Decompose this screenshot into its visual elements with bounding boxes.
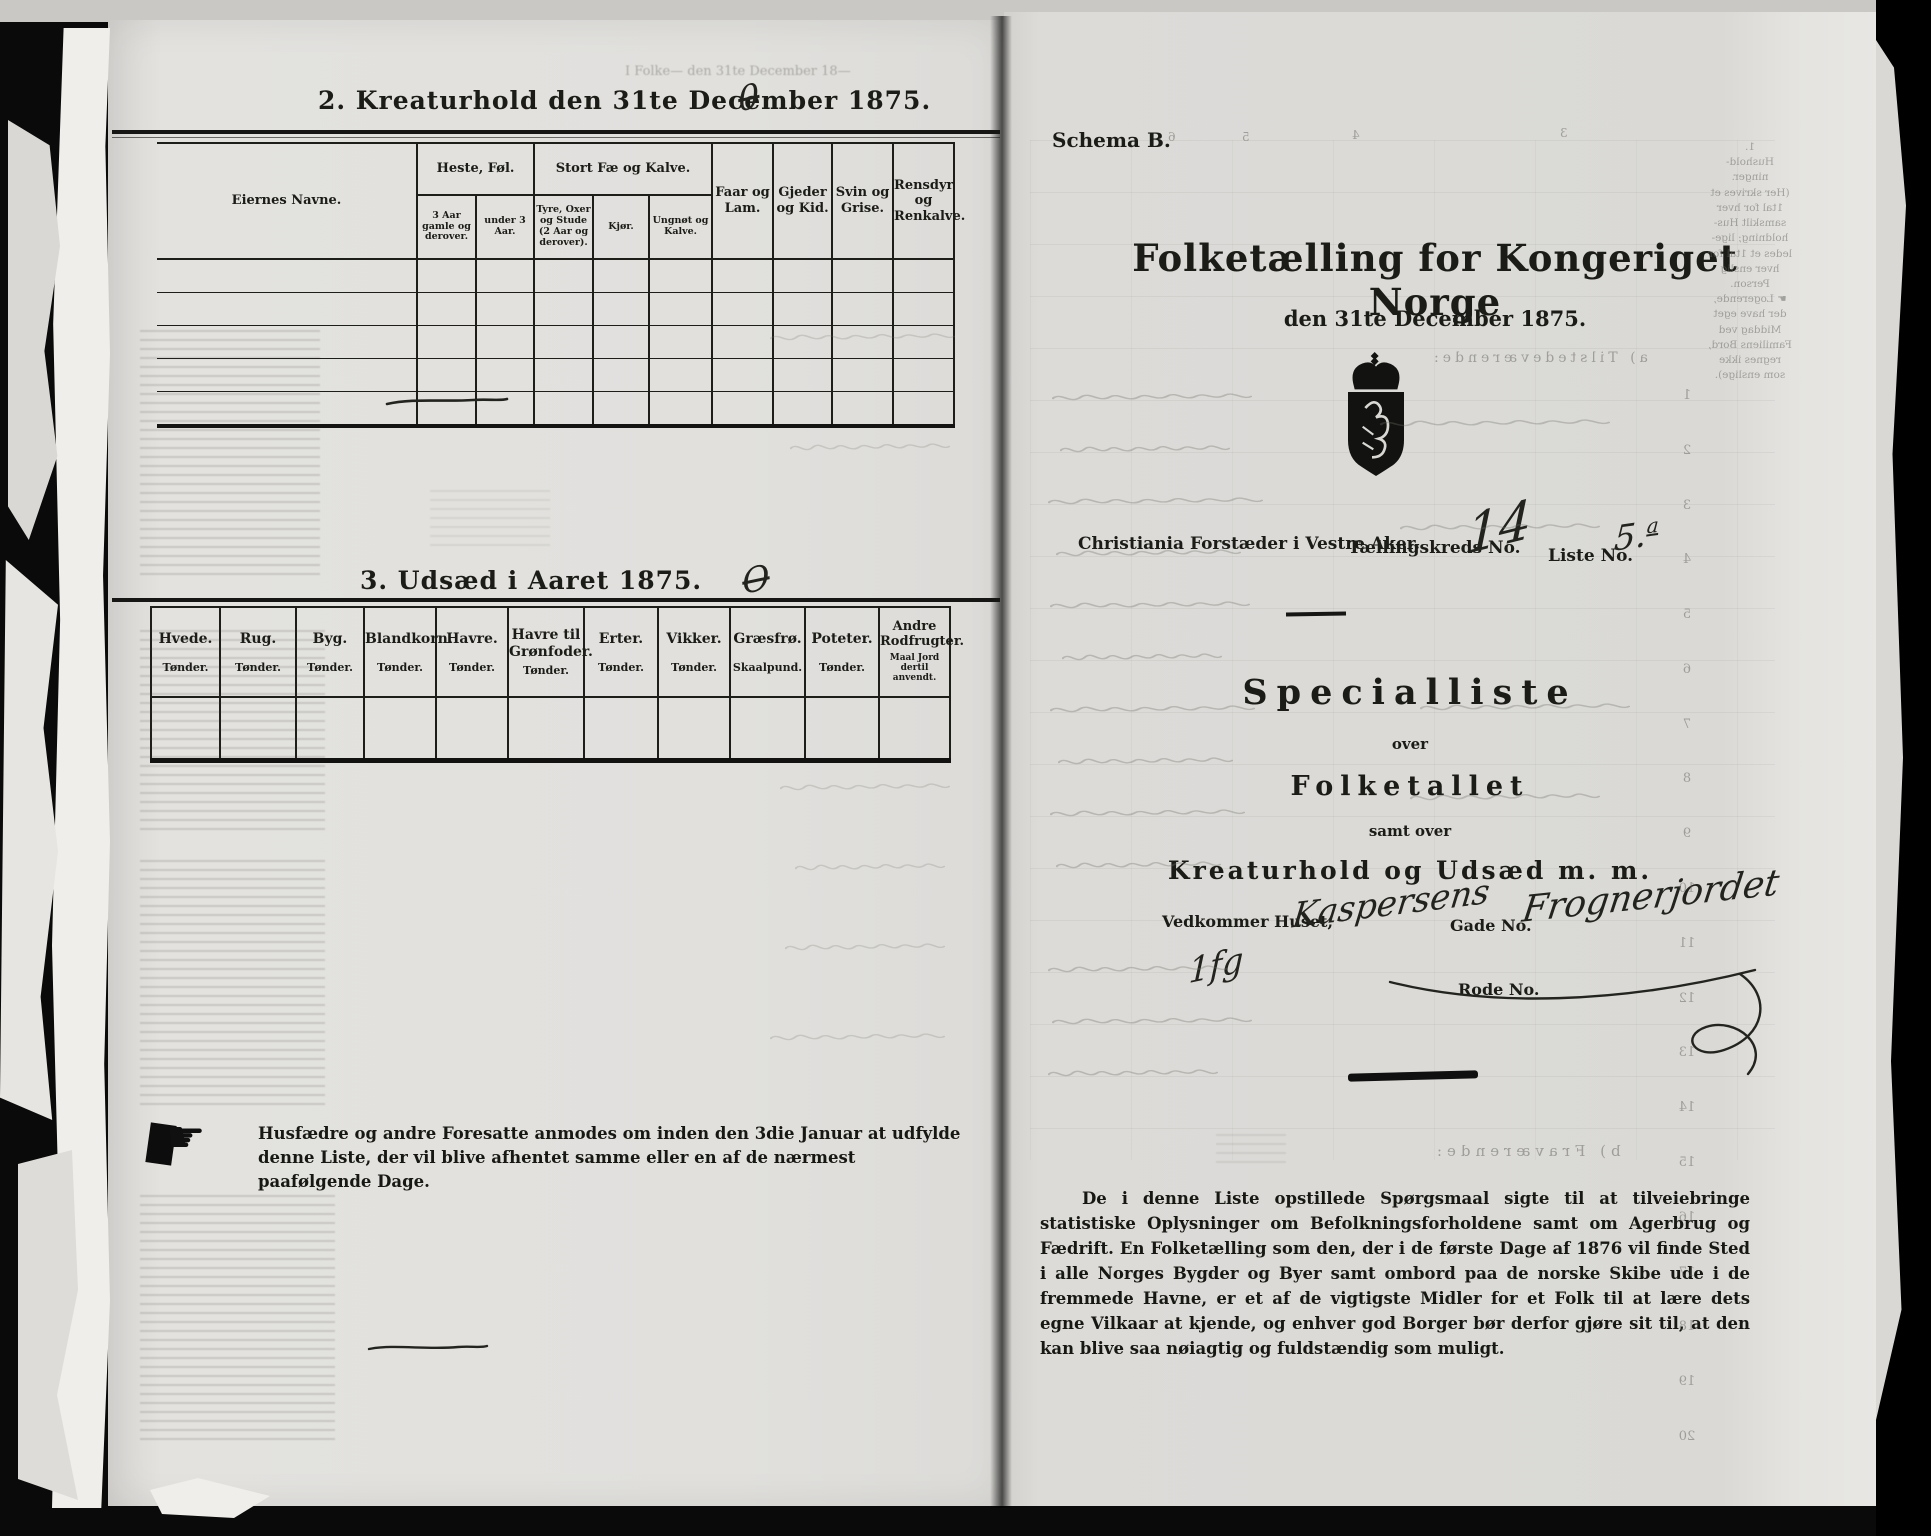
column-header-havre: Havre.Tønder. [436,607,508,697]
bleed-through-row-number: 16 [1679,1210,1696,1225]
bleed-through-row-number: 19 [1679,1374,1696,1389]
column-header-andre-rodfrugter: Andre Rodfrugter.Maal Jord dertil anvend… [879,607,950,697]
bleed-through-handwriting [1062,650,1222,666]
column-header-gjeder-kid: Gjeder og Kid. [773,143,832,259]
bleed-through-handwriting [1052,1014,1252,1030]
bleed-through-text-block [1216,1134,1286,1170]
table-header-row: Eiernes Navne. Heste, Føl. Stort Fæ og K… [157,143,954,195]
torn-paper-edge [8,120,60,540]
bleed-through-handwriting [1050,598,1250,614]
bleed-through-number: 5 [1242,130,1250,144]
handwritten-stroke [366,1340,491,1356]
bleed-through-handwriting [1050,702,1255,718]
bleed-through-handwriting [1410,790,1600,806]
bleed-through-handwriting [1048,962,1228,978]
bleed-through-row-number: 17 [1679,1265,1696,1280]
column-header-kjor: Kjør. [593,195,649,259]
bleed-through-text-block [140,1195,335,1440]
column-header-faar-lam: Faar og Lam. [712,143,773,259]
bleed-through-handwriting [785,940,945,956]
torn-paper-edge [0,560,58,1120]
schema-label: Schema B. [1052,128,1171,152]
bleed-through-text: a) Tilstedeværende: [1430,350,1648,366]
column-header-poteter: Poteter.Tønder. [805,607,879,697]
bleed-through-row-number: 12 [1679,991,1696,1006]
scanned-census-document: I Folke— den 31te December 18— 2. Kreatu… [0,0,1931,1536]
bleed-through-number: 6 [1168,130,1176,144]
page-subtitle: den 31te December 1875. [1060,306,1810,331]
bleed-through-row-number: 6 [1683,662,1691,677]
bleed-through-handwriting [795,860,945,876]
manicule-icon: ☛ [166,1116,205,1160]
table-row [157,293,954,326]
bleed-through-text-block [140,330,320,580]
bleed-through-handwriting [1048,494,1263,510]
bleed-through-handwriting [770,1030,945,1046]
bleed-through-handwriting [790,440,950,456]
column-header-vikker: Vikker.Tønder. [658,607,730,697]
bleed-through-row-number: 10 [1679,881,1696,896]
column-header-3aar: 3 Aar gamle og derover. [417,195,476,259]
bleed-through-row-numbers: 1234567891011121314151617181920 [1676,388,1698,1444]
bleed-through-text-block [140,860,325,1110]
column-header-rensdyr: Rensdyr og Renkalve. [893,143,954,259]
bleed-through-handwriting [1380,416,1610,432]
bleed-through-handwriting [1400,520,1600,536]
column-header-tyre-oxer: Tyre, Oxer og Stude (2 Aar og derover). [534,195,593,259]
bleed-through-row-number: 18 [1679,1319,1696,1334]
bleed-through-row-number: 20 [1679,1429,1696,1444]
bleed-through-row-number: 11 [1679,936,1696,951]
list-heading-line2: over [1090,735,1730,753]
column-header-blandkorn: Blandkorn.Tønder. [364,607,436,697]
handwritten-stroke [383,392,511,410]
column-header-erter: Erter.Tønder. [584,607,658,697]
bleed-through-text: I Folke— den 31te December 18— [625,64,851,79]
column-header-svin-grise: Svin og Grise. [832,143,893,259]
divider-rule [112,598,1000,602]
gade-label: Gade No. [1450,916,1532,935]
column-header-graesfro: Græsfrø.Skaalpund. [730,607,805,697]
divider-rule [112,130,1000,134]
bleed-through-row-number: 2 [1683,443,1691,458]
bleed-through-number: 4 [1352,128,1360,142]
footnote-text: Husfædre og andre Foresatte anmodes om i… [258,1122,970,1194]
bleed-through-row-number: 14 [1679,1100,1696,1115]
column-header-eiernes-navne: Eiernes Navne. [157,143,417,259]
list-heading-line4: samt over [1090,822,1730,840]
bleed-through-handwriting [1060,442,1230,458]
column-header-havre-gronfoder: Havre til Grønfoder.Tønder. [508,607,584,697]
handwritten-zero: O [741,557,771,603]
bleed-through-row-number: 3 [1683,498,1691,513]
bleed-through-row-number: 5 [1683,607,1691,622]
bleed-through-handwriting [1058,754,1233,770]
bleed-through-text-block [430,490,550,550]
bleed-through-handwriting [1050,806,1245,822]
column-group-stort-fae: Stort Fæ og Kalve. [534,143,712,195]
bleed-through-handwriting [1420,700,1630,716]
udsaed-section-title: 3. Udsæd i Aaret 1875. [360,566,702,595]
divider-rule [112,137,1000,138]
bleed-through-row-number: 9 [1683,826,1691,841]
bleed-through-handwriting [780,780,950,796]
bleed-through-text: b) Fraværende: [1432,1142,1621,1160]
handwritten-zero: 0 [737,76,761,121]
bleed-through-row-number: 15 [1679,1155,1696,1170]
bleed-through-row-number: 13 [1679,1045,1696,1060]
instruction-paragraph: De i denne Liste opstillede Spørgsmaal s… [1040,1186,1750,1362]
bleed-through-row-number: 7 [1683,717,1691,732]
column-header-under3aar: under 3 Aar. [476,195,534,259]
bleed-through-handwriting [1048,1066,1218,1082]
handwritten-liste-number: 5.a [1613,513,1660,560]
bleed-through-handwriting [1056,546,1241,562]
bleed-through-handwriting [770,330,955,346]
bleed-through-row-number: 4 [1683,552,1691,567]
bleed-through-row-number: 8 [1683,771,1691,786]
bleed-through-handwriting [1052,390,1252,406]
table-row [157,259,954,293]
column-group-heste: Heste, Føl. [417,143,534,195]
book-spine-shadow [990,16,1012,1508]
bleed-through-margin-column: 1. Hushold- ninger. (Her skrives et 1tal… [1702,140,1798,384]
kreaturhold-section-title: 2. Kreaturhold den 31te December 1875. [318,86,931,115]
bleed-through-number: 3 [1560,126,1568,140]
bleed-through-row-number: 1 [1683,388,1691,403]
column-header-ungnot: Ungnøt og Kalve. [649,195,712,259]
handwritten-flourish [1380,952,1780,1082]
bleed-through-handwriting [1056,858,1221,874]
bleed-through-text-block [140,630,325,830]
